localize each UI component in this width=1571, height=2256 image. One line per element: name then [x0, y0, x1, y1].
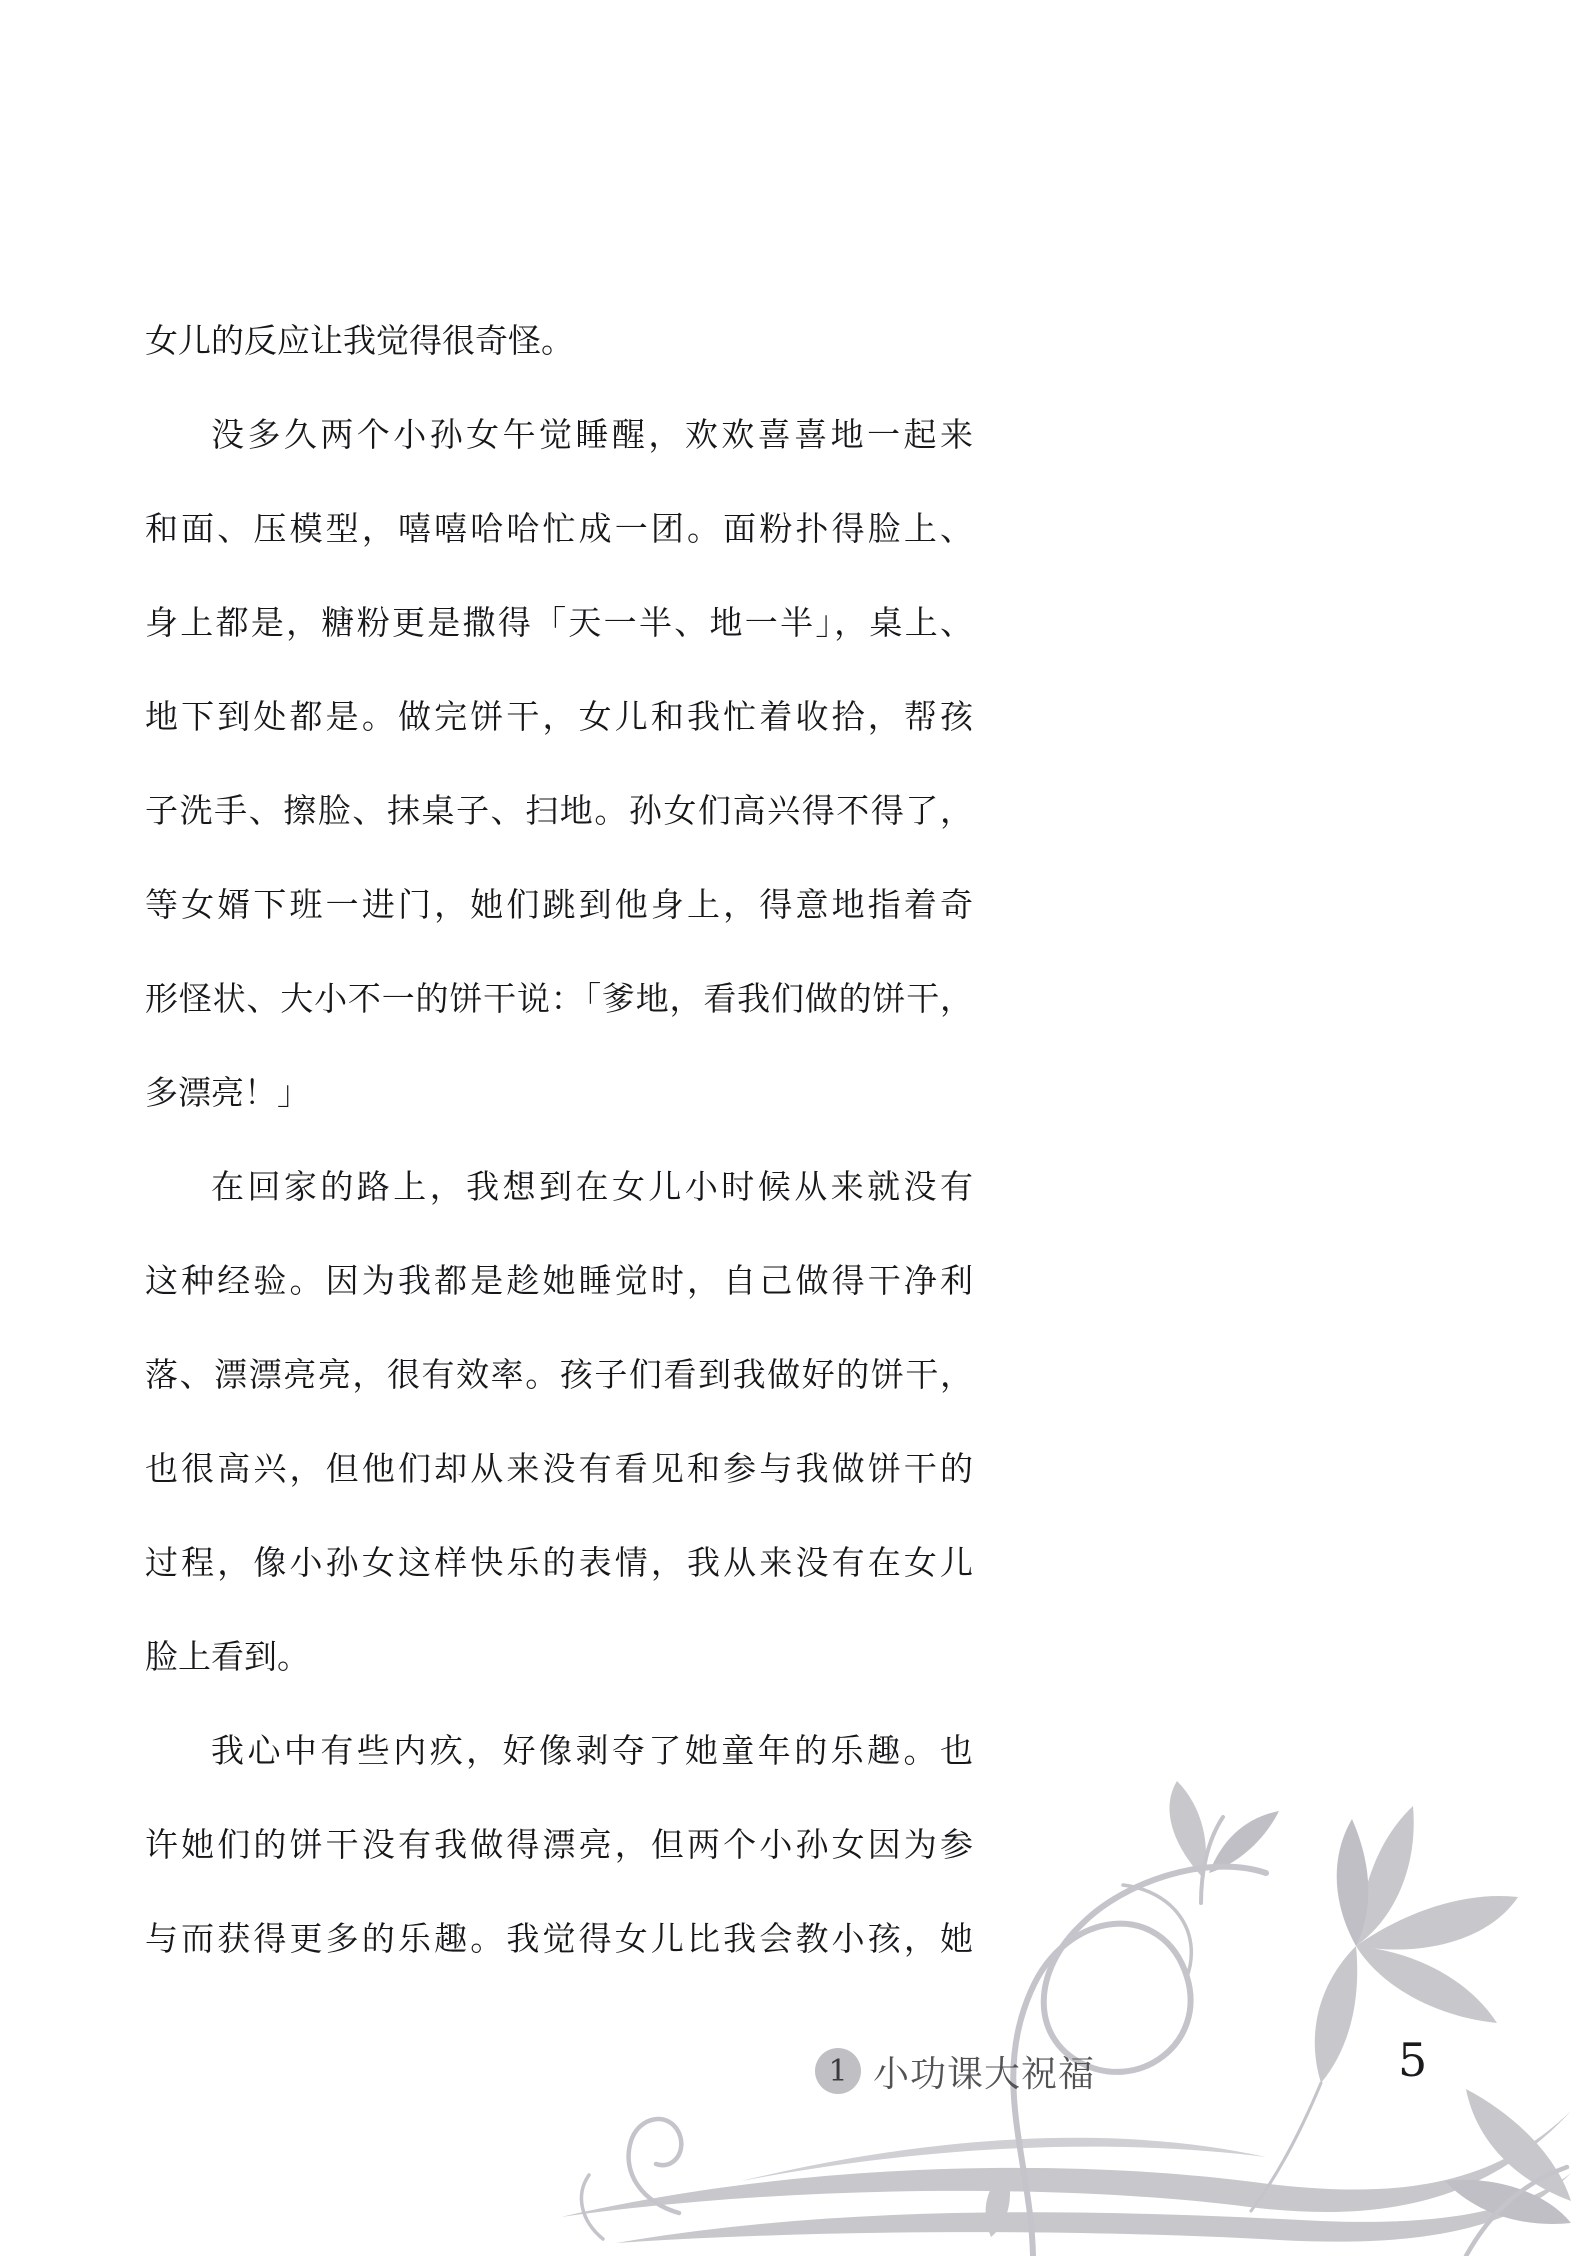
chapter-title: 小功课大祝福: [873, 2046, 1095, 2097]
text-line: 等女婿下班一进门，她们跳到他身上，得意地指着奇: [145, 858, 973, 952]
body-text: 女儿的反应让我觉得很奇怪。 没多久两个小孙女午觉睡醒，欢欢喜喜地一起来 和面、压…: [145, 294, 973, 1986]
text-line: 和面、压模型，嘻嘻哈哈忙成一团。面粉扑得脸上、: [145, 482, 973, 576]
text-line: 女儿的反应让我觉得很奇怪。: [145, 294, 973, 388]
text-line: 没多久两个小孙女午觉睡醒，欢欢喜喜地一起来: [145, 388, 973, 482]
text-line: 也很高兴，但他们却从来没有看见和参与我做饼干的: [145, 1422, 973, 1516]
book-page: 女儿的反应让我觉得很奇怪。 没多久两个小孙女午觉睡醒，欢欢喜喜地一起来 和面、压…: [0, 0, 1571, 2256]
text-line: 身上都是，糖粉更是撒得「天一半、地一半」，桌上、: [145, 576, 973, 670]
chapter-number-badge: 1: [815, 2048, 861, 2094]
text-line: 落、漂漂亮亮，很有效率。孩子们看到我做好的饼干，: [145, 1328, 973, 1422]
text-line: 脸上看到。: [145, 1610, 973, 1704]
text-line: 我心中有些内疚，好像剥夺了她童年的乐趣。也: [145, 1704, 973, 1798]
text-line: 子洗手、擦脸、抹桌子、扫地。孙女们高兴得不得了，: [145, 764, 973, 858]
page-footer: 1 小功课大祝福: [815, 2046, 1095, 2096]
text-line: 过程，像小孙女这样快乐的表情，我从来没有在女儿: [145, 1516, 973, 1610]
text-line: 形怪状、大小不一的饼干说：「爹地，看我们做的饼干，: [145, 952, 973, 1046]
text-line: 多漂亮！」: [145, 1046, 973, 1140]
text-line: 与而获得更多的乐趣。我觉得女儿比我会教小孩，她: [145, 1892, 973, 1986]
text-line: 这种经验。因为我都是趁她睡觉时，自己做得干净利: [145, 1234, 973, 1328]
text-line: 在回家的路上，我想到在女儿小时候从来就没有: [145, 1140, 973, 1234]
text-line: 许她们的饼干没有我做得漂亮，但两个小孙女因为参: [145, 1798, 973, 1892]
text-line: 地下到处都是。做完饼干，女儿和我忙着收拾，帮孩: [145, 670, 973, 764]
page-number: 5: [1398, 2033, 1427, 2087]
